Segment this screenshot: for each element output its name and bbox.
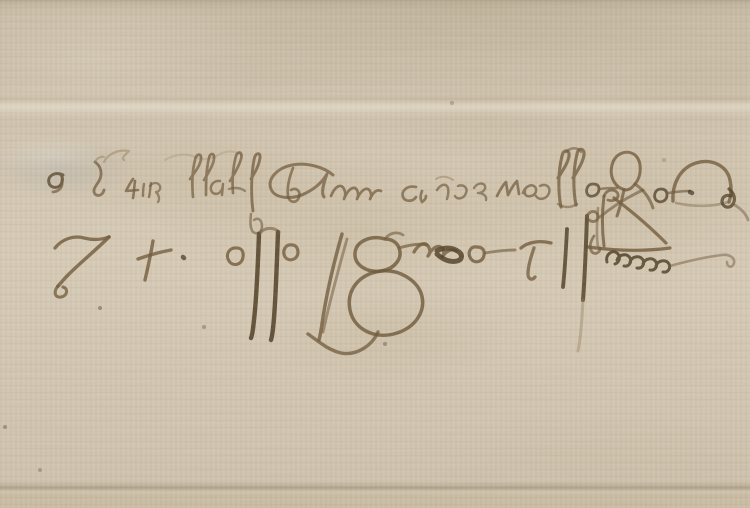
ink-speck: [662, 158, 665, 161]
ink-speck: [383, 342, 386, 345]
ink-speck: [202, 325, 206, 329]
ink-speck: [38, 468, 42, 472]
ink-specks: [0, 0, 750, 508]
ink-speck: [3, 425, 8, 430]
manuscript-photo: [0, 0, 750, 508]
ink-speck: [98, 306, 102, 310]
ink-speck: [450, 101, 453, 104]
